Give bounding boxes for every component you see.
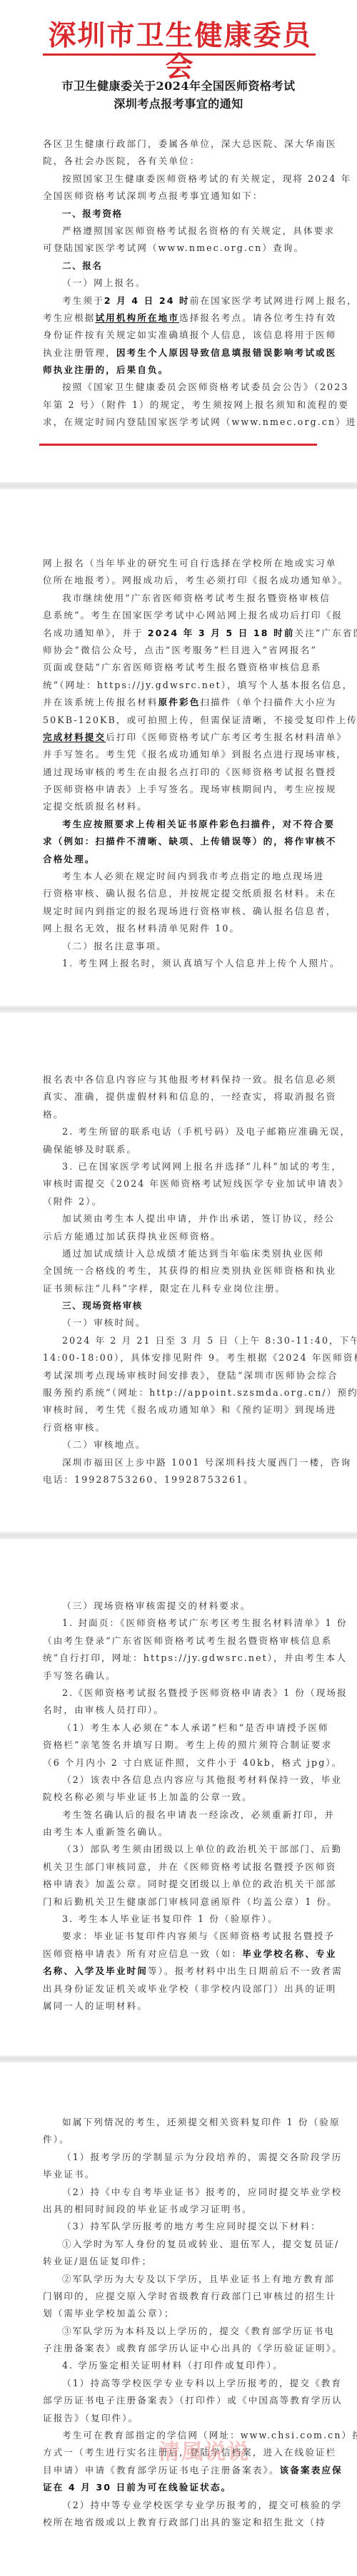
- salutation-line: 各区卫生健康行政部门，委属各单位，深大总医院、深大华南医: [43, 136, 317, 153]
- body-line: 统”自行打印，网址：https://jy.gdwsrc.net），并由考生本人: [43, 1650, 317, 1667]
- body-line: 3. 考生本人毕业证书复印件 1 份（验原件）。: [43, 1911, 317, 1928]
- body-line: 可登陆国家医学考试网（www.nmec.org.cn）查询。: [43, 240, 317, 257]
- body-line: （附件 2）。: [43, 1193, 317, 1210]
- body-line: （1）持高等学校医学专业专科以上学历报考的，提交《教育: [43, 2375, 317, 2392]
- body-line: 医师资格申请表》所有对应信息一致（如：毕业学校名称、专业: [43, 1946, 317, 1963]
- body-line: 50KB-120KB，或可拍照上传，但需保证清晰，不接受复印件上传），: [43, 712, 317, 729]
- body-line: 出具身份证发证机关或毕业学校（非学校内设部门）出具的证明: [43, 1980, 317, 1998]
- body-line: （2）持《中专自考毕业证书》报考的，应同时提交毕业学校: [43, 2184, 317, 2201]
- body-line: 服务预约系统”（网址：http://appoint.szsmda.org.cn/…: [43, 1384, 317, 1401]
- subsection-heading-online: （一）网上报名。: [43, 275, 317, 292]
- body-line: 身份证件按有关规定如实准确填报个人信息，该信息将用于医师: [43, 327, 317, 344]
- body-line: 毕业证书。: [43, 2166, 317, 2183]
- page-separator: [0, 1532, 357, 1539]
- body-line-review-dates: 2024 年 2 月 21 日至 3 月 5 日（上午 8:30-11:40，下…: [43, 1332, 317, 1349]
- page-3-body: 报名表中各信息内容应与其他报考材料保持一致。报名信息必须 真实、准确，提供虚假材…: [43, 1071, 317, 1488]
- body-line: 格。: [43, 1106, 317, 1123]
- body-line: ③军队学历为本科及以上学历的，提交《教育部学历证书电: [43, 2323, 317, 2340]
- page-4-body: （三）现场资格审核需提交的材料要求。 1. 封面页：《医师资格考试广东考区考生报…: [43, 1598, 317, 2015]
- document-page-3: 报名表中各信息内容应与其他报考材料保持一致。报名信息必须 真实、准确，提供虚假材…: [0, 1013, 357, 1532]
- document-title-line-1: 市卫生健康委关于2024年全国医师资格考试: [29, 77, 328, 95]
- body-line: 院校名称必须与毕业证书上加盖的公章一致。: [43, 1789, 317, 1806]
- body-line-warning: 求（例如：扫描件不清晰、缺项、上传错误等）的，将作审核不: [43, 833, 317, 850]
- body-line: 由考生本人重新签名确认。: [43, 1824, 317, 1841]
- body-line: 页面或登陆“广东省医师资格考试考生报名暨资格审核信息系: [43, 659, 317, 676]
- body-line: 并在该系统上传报名材料原件彩色扫描件（单个扫描件大小应为: [43, 694, 317, 711]
- body-line: 网上报名无效，报名材料清单见附件 10。: [43, 920, 317, 937]
- body-line: 执业注册管理，因考生个人原因导致信息填报错误影响考试或医: [43, 344, 317, 362]
- body-line: 1. 封面页：《医师资格考试广东考区考生报名材料清单》1 份: [43, 1615, 317, 1632]
- body-line: （3）部队考生须由团级以上单位的政治机关干部部门、后勤: [43, 1841, 317, 1858]
- body-line: 完成材料提交后打印《医师资格考试广东考区考生报名材料清单》: [43, 729, 317, 746]
- body-line: 目申请）申请《教育部学历证书电子注册备案表》。该备案表应保: [43, 2462, 317, 2479]
- body-line: 通过现场审核的考生在由报名点打印的《医师资格考试报名暨授: [43, 764, 317, 781]
- body-line: 师协会”微信公众号，点击“医考服务”栏目进入“省网报名”: [43, 642, 317, 659]
- body-line: 确保能够及时联系。: [43, 1141, 317, 1158]
- body-line: 年第 2 号）（附件 1）的规定，考生须按网上报名须知和流程的要: [43, 397, 317, 414]
- body-line: 通过加试成绩计入总成绩才能达到当年临床类别执业医师: [43, 1245, 317, 1262]
- body-line: 出具的相同时间段的毕业证书或学习证明书。: [43, 2201, 317, 2218]
- document-title: 市卫生健康委关于2024年全国医师资格考试 深圳考点报考事宜的通知: [29, 77, 328, 113]
- body-line: 方式一（考生进行实名注册后，登陆学信档案，进入在线验证栏: [43, 2444, 317, 2461]
- body-line: 机关卫生部门审核同意，并在《医师资格考试报名暨授予医师资: [43, 1859, 317, 1876]
- subsection-heading-notes: （二）报名注意事项。: [43, 938, 317, 955]
- body-line: 1. 考生网上报名时，须认真填写个人信息并上传个人照片。: [43, 955, 317, 972]
- body-line: 划（需毕业学校加盖公章）；: [43, 2305, 317, 2322]
- page-5-body: 如属下列情况的考生，还须提交相关资料复印件 1 份（验原 件）。 （1）报考学历…: [43, 2114, 317, 2531]
- body-line: 行资格审核。: [43, 1419, 317, 1436]
- masthead-organization: 深圳市卫生健康委员会: [43, 20, 317, 83]
- body-line: 资格栏”亲笔签名并填写日期。考生上传的照片须符合制证要求: [43, 1737, 317, 1754]
- body-line: 审核时需提交《2024 年医师资格考试短线医学专业加试申请表》: [43, 1175, 317, 1192]
- body-line: 2. 考生所留的联系电话（手机号码）及电子邮箱应准确无误，: [43, 1123, 317, 1140]
- body-line: 名时，由审核人员打印）。: [43, 1702, 317, 1719]
- body-line: 予医师资格申请表》上手写签名。现场审核期间内，考生应按规: [43, 781, 317, 798]
- body-line: 证书须标注“儿科”字样，限定在儿科专业岗位注册。: [43, 1280, 317, 1297]
- page-1-body: 各区卫生健康行政部门，委属各单位，深大总医院、深大华南医 院，各社会办医院，各有…: [43, 136, 317, 431]
- body-line: 真实、准确，提供虚假材料和信息的，一经查实，将取消报名资: [43, 1088, 317, 1105]
- body-line: （2）该表中各信息点内容应与其他报考材料保持一致，毕业: [43, 1772, 317, 1789]
- section-heading-eligibility: 一、报考资格: [43, 205, 317, 223]
- body-line: 师执业注册的，后果自负。: [43, 362, 317, 379]
- body-line: 按照《国家卫生健康委员会医师资格考试委员会公告》（2023: [43, 379, 317, 396]
- body-line: （1）考生本人必须在“本人承诺”栏和“是否申请授予医师: [43, 1719, 317, 1737]
- body-line: 14:00-18:00），具体安排见附件 9。考生根据《2024 年医师资格: [43, 1349, 317, 1366]
- subsection-heading-review-time: （一）审核时间。: [43, 1314, 317, 1332]
- document-title-line-2: 深圳考点报考事宜的通知: [29, 95, 328, 113]
- body-line: 件）。: [43, 2131, 317, 2148]
- body-line: 我市继续使用“广东省医师资格考试考生报名暨资格审核信: [43, 590, 317, 607]
- page-separator: [0, 2055, 357, 2063]
- salutation-line: 院，各社会办医院，各有关单位：: [43, 153, 317, 170]
- body-line: 证报告》（复印件）。: [43, 2410, 317, 2427]
- body-line: 网上报名（当年毕业的研究生可自行选择在学校所在地或实习单: [43, 555, 317, 572]
- masthead-red-rule: [43, 53, 316, 56]
- body-line: 严格遵照国家医师资格考试报名资格的有关规定，具体要求: [43, 223, 317, 240]
- body-line: 全国医师资格考试深圳考点报考事宜通知如下：: [43, 188, 317, 205]
- page-separator: [0, 482, 357, 489]
- body-line: 名称、入学及毕业时间等）。报考材料中出生日期前后不一致者需: [43, 1963, 317, 1980]
- body-line: 息系统”。考生在国家医学考试中心网站网上报名成功后打印《报: [43, 607, 317, 624]
- body-line: 统”（网址：https://jy.gdwsrc.net），填写个人基本报名信息，: [43, 677, 317, 694]
- body-line: （6 个月内小 2 寸白底证件照，文件小于 40kb，格式 jpg）。: [43, 1754, 317, 1772]
- body-line: 位所在地报考）。网报成功后，考生必须打印《报名成功通知单》。: [43, 572, 317, 589]
- body-line: 4. 学历鉴定相关证明材料（打印件或复印件）。: [43, 2357, 317, 2374]
- body-line: 求，在规定时间内登陆国家医学考试网（www.nmec.org.cn）进行: [43, 414, 317, 431]
- body-line: 考生应根据试用机构所在地市选择报名考点。请各位考生持有效: [43, 310, 317, 327]
- page-2-body: 网上报名（当年毕业的研究生可自行选择在学校所在地或实习单 位所在地报考）。网报成…: [43, 555, 317, 972]
- body-line: 审核时间，考生凭《报名成功通知单》和《预约证明》到现场进: [43, 1401, 317, 1419]
- document-page-1: 深圳市卫生健康委员会 市卫生健康委关于2024年全国医师资格考试 深圳考点报考事…: [0, 0, 357, 479]
- body-line: 属同一人的证明材料。: [43, 1998, 317, 2015]
- body-line: 行资格审核、确认报名信息，并按规定提交纸质报名材料。未在: [43, 885, 317, 902]
- body-line: 门钢印的，应提交原入学时省级教育行政部门已审核过的招生计: [43, 2288, 317, 2305]
- body-line: （由考生登录“广东省医师资格考试考生报名暨资格审核信息系: [43, 1632, 317, 1650]
- page-separator: [0, 1006, 357, 1013]
- body-line: 考生可在教育部指定的学信网（网址：www.chsi.com.cn）按: [43, 2427, 317, 2444]
- document-page-2: 网上报名（当年毕业的研究生可自行选择在学校所在地或实习单 位所在地报考）。网报成…: [0, 489, 357, 1021]
- body-line: 示后方能通过加试获得执业医师资格。: [43, 1228, 317, 1245]
- body-line-warning: 考生应按照要求上传相关证书原件彩色扫描件，对不符合要: [43, 816, 317, 833]
- body-line: 校所在地省级或以上教育行政部门出具的鉴定和招生批文（持: [43, 2514, 317, 2531]
- section-heading-onsite-review: 三、现场资格审核: [43, 1297, 317, 1314]
- body-line-warning: 合格处理。: [43, 851, 317, 868]
- body-line: 如属下列情况的考生，还须提交相关资料复印件 1 份（验原: [43, 2114, 317, 2131]
- body-line: 考生本人必须在规定时间内到我市考点指定的地点现场进: [43, 868, 317, 885]
- body-line: 3. 已在国家医学考试网网上报名并选择“儿科”加试的考生，: [43, 1158, 317, 1175]
- body-line: （2）持中等专业学校医学专业学历报考的，提交可核验的学: [43, 2497, 317, 2514]
- section-heading-registration: 二、报名: [43, 257, 317, 275]
- body-line: 全国统一合格线的考生，其获得的相应类别执业医师资格和执业: [43, 1262, 317, 1279]
- body-line: 格申请表》加盖公章。同时提交团级以上单位的政治机关干部部: [43, 1876, 317, 1893]
- body-line-deadline: 考生须于2 月 4 日 24 时前在国家医学考试网进行网上报名，: [43, 292, 317, 310]
- body-line: 考试深圳考点现场审核时间安排表》，登陆“深圳市医师协会综合: [43, 1367, 317, 1384]
- body-line: 加试须由考生本人提出申请，并作出承诺，签订协议，经公: [43, 1210, 317, 1227]
- page-1-footer-red-rule: [39, 444, 317, 446]
- body-line: 并手写签名。考生凭《报名成功通知单》到报名点进行现场审核，: [43, 746, 317, 763]
- body-line-warning: 证在 4 月 30 日前为可在线验证状态。: [43, 2479, 317, 2496]
- body-line: 部学历证书电子注册备案表》（打印件）或《中国高等教育学历认: [43, 2392, 317, 2409]
- body-line: 手写签名确认。: [43, 1667, 317, 1685]
- document-page-5: 如属下列情况的考生，还须提交相关资料复印件 1 份（验原 件）。 （1）报考学历…: [0, 2063, 357, 2576]
- body-line: ①入学时为军人身份的复员或转业、退伍军人，提交复员证/: [43, 2236, 317, 2253]
- body-line: 规定时间内到指定的报名现场进行资格审核、确认报名信息者，: [43, 903, 317, 920]
- body-line-address: 深圳市福田区上步中路 1001 号深圳科技大厦西门一楼，咨询: [43, 1454, 317, 1471]
- body-line: 报名表中各信息内容应与其他报考材料保持一致。报名信息必须: [43, 1071, 317, 1088]
- body-line: 定提交纸质报名材料。: [43, 798, 317, 815]
- body-line: 要求：毕业证书复印件内容须与《医师资格考试报名暨授予: [43, 1928, 317, 1945]
- subsection-heading-materials: （三）现场资格审核需提交的材料要求。: [43, 1598, 317, 1615]
- document-page-4: （三）现场资格审核需提交的材料要求。 1. 封面页：《医师资格考试广东考区考生报…: [0, 1539, 357, 2058]
- body-line: 2.《医师资格考试报名暨授予医师资格申请表》1 份（现场报: [43, 1685, 317, 1702]
- body-line: 考生签名确认后的报名申请表一经涂改，必须重新打印，并: [43, 1806, 317, 1824]
- body-line: （3）持军队学历报考的地方考生应同时提交以下材料：: [43, 2218, 317, 2235]
- body-line: 转业证/退伍证复印件；: [43, 2253, 317, 2270]
- body-line: 子注册备案表》或教育部学历认证中心出具的《学历验证证明》。: [43, 2340, 317, 2357]
- body-line: 按照国家卫生健康委医师资格考试的有关规定，现将 2024 年: [43, 170, 317, 188]
- body-line-deadline: 名成功通知单》，并于 2024 年 3 月 5 日 18 时前关注“广东省医: [43, 625, 317, 642]
- body-line-phone: 电话：19928753260、19928753261。: [43, 1471, 317, 1488]
- body-line: 门和后勤机关卫生健康部门审核同意函原件（均盖公章）1 份。: [43, 1893, 317, 1911]
- subsection-heading-review-location: （二）审核地点。: [43, 1436, 317, 1453]
- body-line: ②军队学历为大专及以下学历，且毕业证书上有地方教育部: [43, 2271, 317, 2288]
- body-line: （1）报考学历的学制显示为分段培养的，需提交各阶段学历: [43, 2149, 317, 2166]
